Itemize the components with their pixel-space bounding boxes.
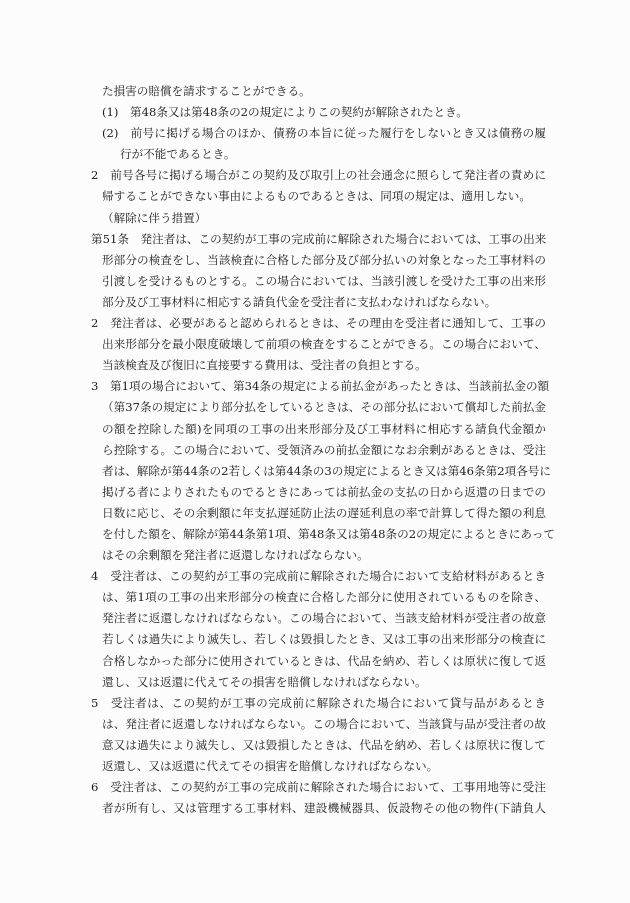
text-line: 日数に応じ、その余剰額に年支払遅延防止法の遅延利息の率で計算して得た額の利息 [102,503,546,524]
text-line: はその余剰額を発注者に返還しなければならない。 [102,545,546,566]
article-50-item-2: (2) 前号に掲げる場合のほか、債務の本旨に従った履行をしないとき又は債務の履 … [0,123,630,165]
text-line: 意又は過失により滅失し、又は毀損したときは、代品を納め、若しくは原状に復して [102,735,546,756]
text-line: （第37条の規定により部分払をしているときは、その部分払において償却した前払金 [102,397,546,418]
text-line: 4 受注者は、この契約が工事の完成前に解除された場合において支給材料があるとき [91,566,546,587]
text-line: は、発注者に返還しなければならない。この場合において、当該貸与品が受注者の故 [102,714,546,735]
text-line: 掲げる者によりされたものでるときにあっては前払金の支払の日から返還の日までの [102,482,546,503]
text-line: 3 第1項の場合において、第34条の規定による前払金があったときは、当該前払金の… [91,376,546,397]
text-line: (1) 第48条又は第48条の2の規定によりこの契約が解除されたとき。 [102,102,546,123]
article-51-paragraph-3: 3 第1項の場合において、第34条の規定による前払金があったときは、当該前払金の… [0,376,630,566]
text-line: 若しくは過失により滅失し、若しくは毀損したとき、又は工事の出来形部分の検査に [102,629,546,650]
text-line: 出来形部分を最小限度破壊して前項の検査をすることができる。この場合において、 [102,334,546,355]
text-line: 引渡しを受けるものとする。この場合においては、当該引渡しを受けた工事の出来形 [102,271,546,292]
text-line: 行が不能であるとき。 [120,144,546,165]
text-line: 5 受注者は、この契約が工事の完成前に解除された場合において貸与品があるとき [91,693,546,714]
section-heading: （解除に伴う措置） [102,208,546,229]
document-page: た損害の賠償を請求することができる。 (1) 第48条又は第48条の2の規定によ… [0,0,630,903]
article-50-paragraph-2: 2 前号各号に掲げる場合がこの契約及び取引上の社会通念に照らして発注者の責めに … [0,165,630,207]
text-line: 者が所有し、又は管理する工事材料、建設機械器具、仮設物その他の物件(下請負人 [102,798,546,819]
document-body: た損害の賠償を請求することができる。 (1) 第48条又は第48条の2の規定によ… [0,81,630,819]
text-line: は、第1項の工事の出来形部分の検査に合格した部分に使用されているものを除き、 [102,587,546,608]
text-line: 形部分の検査をし、当該検査に合格した部分及び部分払いの対象となった工事材料の [102,250,546,271]
text-line: 返還し、又は返還に代えてその損害を賠償しなければならない。 [102,756,546,777]
text-line: の額を控除した額)を同項の工事の出来形部分及び工事材料に相応する請負代金額か [102,419,546,440]
text-line: 当該検査及び復旧に直接要する費用は、受注者の負担とする。 [102,355,546,376]
text-line: 還し、又は返還に代えてその損害を賠償しなければならない。 [102,672,546,693]
text-line: 合格しなかった部分に使用されているときは、代品を納め、若しくは原状に復して返 [102,651,546,672]
text-line: 発注者に返還しなければならない。この場合において、当該支給材料が受注者の故意 [102,608,546,629]
article-51-paragraph-6: 6 受注者は、この契約が工事の完成前に解除された場合において、工事用地等に受注 … [0,777,630,819]
article-51-paragraph-1: 第51条 発注者は、この契約が工事の完成前に解除された場合においては、工事の出来… [0,229,630,313]
text-line: 部分及び工事材料に相応する請負代金を受注者に支払わなければならない。 [102,292,546,313]
article-50-paragraph-1-tail: た損害の賠償を請求することができる。 [0,81,630,102]
text-line: 2 発注者は、必要があると認められるときは、その理由を受注者に通知して、工事の [91,313,546,334]
article-51-paragraph-5: 5 受注者は、この契約が工事の完成前に解除された場合において貸与品があるとき は… [0,693,630,777]
text-line: 者は、解除が第44条の2若しくは第44条の3の規定によるとき又は第46条第2項各… [102,461,546,482]
article-50-item-1: (1) 第48条又は第48条の2の規定によりこの契約が解除されたとき。 [0,102,630,123]
text-line: た損害の賠償を請求することができる。 [102,81,546,102]
text-line: 帰することができない事由によるものであるときは、同項の規定は、適用しない。 [102,186,546,207]
text-line: を付した額を、解除が第44条第1項、第48条又は第48条の2の規定によるときにあ… [102,524,546,545]
article-51-paragraph-4: 4 受注者は、この契約が工事の完成前に解除された場合において支給材料があるとき … [0,566,630,693]
text-line: 第51条 発注者は、この契約が工事の完成前に解除された場合においては、工事の出来 [91,229,546,250]
article-51-paragraph-2: 2 発注者は、必要があると認められるときは、その理由を受注者に通知して、工事の … [0,313,630,376]
article-51-heading: （解除に伴う措置） [0,208,630,229]
text-line: 6 受注者は、この契約が工事の完成前に解除された場合において、工事用地等に受注 [91,777,546,798]
text-line: (2) 前号に掲げる場合のほか、債務の本旨に従った履行をしないとき又は債務の履 [102,123,546,144]
text-line: 2 前号各号に掲げる場合がこの契約及び取引上の社会通念に照らして発注者の責めに [91,165,546,186]
text-line: ら控除する。この場合において、受領済みの前払金額になお余剰があるときは、受注 [102,440,546,461]
